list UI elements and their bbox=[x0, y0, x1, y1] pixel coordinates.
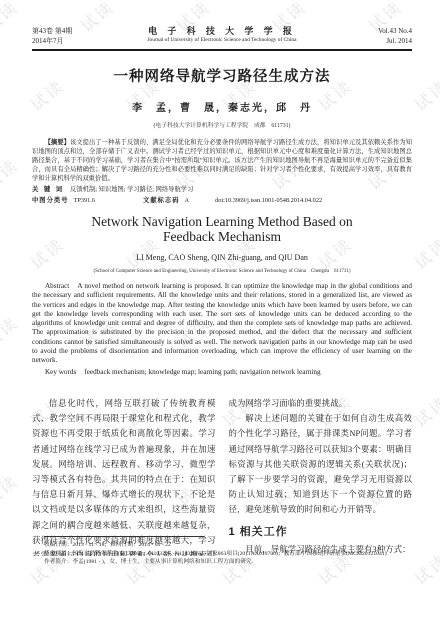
publish-date-cn: 2014年7月 bbox=[32, 36, 102, 46]
keywords-en-text: feedback mechanism; knowledge map; learn… bbox=[84, 368, 320, 376]
paper-title-en: Network Navigation Learning Method Based… bbox=[32, 214, 412, 244]
affiliation-en: (School of Computer Science and Engineer… bbox=[32, 267, 412, 274]
journal-name-cn: 电 子 科 技 大 学 学 报 bbox=[102, 26, 342, 36]
keywords-cn-text: 反馈机制; 知识地图; 学习路径; 网络导航学习 bbox=[70, 186, 193, 193]
abstract-cn-label: 【摘要】 bbox=[45, 139, 70, 146]
keywords-cn: 关 键 词反馈机制; 知识地图; 学习路径; 网络导航学习 bbox=[32, 185, 412, 194]
paper-content: 第43卷 第4期 2014年7月 电 子 科 技 大 学 学 报 Journal… bbox=[0, 0, 440, 556]
volume-issue: 第43卷 第4期 bbox=[32, 26, 102, 36]
header-left: 第43卷 第4期 2014年7月 bbox=[32, 26, 102, 46]
footnote-funding: 基金项目：国家自然科学基金(61133016、61103205、61103206… bbox=[44, 550, 420, 559]
footnote-received-date: 收稿日期：2013 - 11 - 18，修回日期：2014 - 05 - 22 bbox=[44, 541, 420, 550]
body-column-left: 信息化时代，网络互联打破了传统教育模式、教学空间不再局限于课堂化和程式化，教学资… bbox=[32, 396, 216, 556]
authors-en: LI Meng, CAO Sheng, QIN Zhi-guang, and Q… bbox=[32, 253, 412, 262]
clc-label: 中图分类号 bbox=[32, 197, 68, 204]
doi: doi:10.3969/j.issn.1001-0548.2014.04.022 bbox=[215, 197, 322, 204]
footnote-rule bbox=[44, 536, 204, 537]
clc-line: 中图分类号TP391.6文献标志码Adoi:10.3969/j.issn.100… bbox=[32, 196, 412, 205]
abstract-en: AbstractA novel method on network learni… bbox=[32, 282, 412, 366]
authors-cn: 李 孟，曹 晟，秦志光，邱 丹 bbox=[32, 99, 412, 114]
journal-name-en: Journal of University of Electronic Scie… bbox=[102, 36, 342, 45]
paper-title-en-line2: Feedback Mechanism bbox=[163, 229, 281, 244]
footnote-biography: 作者简介：李孟(1981 - )，女，博士生，主要从事计算机网络和知识工程方面的… bbox=[44, 558, 420, 567]
footnote: 收稿日期：2013 - 11 - 18，修回日期：2014 - 05 - 22 … bbox=[44, 536, 420, 567]
abstract-en-label: Abstract bbox=[45, 282, 69, 290]
paper-title-en-line1: Network Navigation Learning Method Based… bbox=[91, 214, 352, 229]
vol-no: Vol.43 No.4 bbox=[342, 26, 412, 36]
body-paragraph-intro: 信息化时代，网络互联打破了传统教育模式、教学空间不再局限于课堂化和程式化，教学资… bbox=[32, 396, 216, 556]
paper-title-cn: 一种网络导航学习路径生成方法 bbox=[32, 65, 412, 86]
journal-header: 第43卷 第4期 2014年7月 电 子 科 技 大 学 学 报 Journal… bbox=[32, 26, 412, 46]
doc-code: A bbox=[185, 197, 190, 204]
keywords-en-label: Key words bbox=[45, 368, 76, 376]
body-column-right: 成为网络学习面临的重要挑战。 解决上述问题的关键在于如何自动生成高效的个性化学习… bbox=[229, 396, 413, 556]
body-paragraph-continuation: 成为网络学习面临的重要挑战。 bbox=[229, 396, 413, 411]
paper-page: 试读试读试读试读试读试读试读试读试读试读试读试读试读试读试读试读试读试读试读试读… bbox=[0, 0, 440, 620]
keywords-en: Key wordsfeedback mechanism; knowledge m… bbox=[32, 368, 412, 377]
clc-value: TP391.6 bbox=[73, 197, 95, 204]
keywords-cn-label: 关 键 词 bbox=[32, 186, 64, 193]
body-columns: 信息化时代，网络互联打破了传统教育模式、教学空间不再局限于课堂化和程式化，教学资… bbox=[32, 396, 412, 556]
header-center: 电 子 科 技 大 学 学 报 Journal of University of… bbox=[102, 26, 342, 45]
publish-date-en: Jul. 2014 bbox=[342, 36, 412, 46]
abstract-en-text: A novel method on network learning is pr… bbox=[32, 282, 412, 364]
abstract-cn: 【摘要】该文提出了一种基于反馈的、满足全局优化和充分必要条件的网络导航学习路径生… bbox=[32, 138, 412, 183]
header-rule bbox=[32, 49, 412, 51]
affiliation-cn: (电子科技大学计算机科学与工程学院 成都 611731) bbox=[32, 120, 412, 129]
abstract-cn-text: 该文提出了一种基于反馈的、满足全局优化和充分必要条件的网络导航学习路径生成方法，… bbox=[32, 139, 412, 182]
doc-code-label: 文献标志码 bbox=[143, 197, 179, 204]
body-paragraph-problem: 解决上述问题的关键在于如何自动生成高效的个性化学习路径，属于排课类NP问题。学习… bbox=[229, 411, 413, 517]
header-right: Vol.43 No.4 Jul. 2014 bbox=[342, 26, 412, 46]
